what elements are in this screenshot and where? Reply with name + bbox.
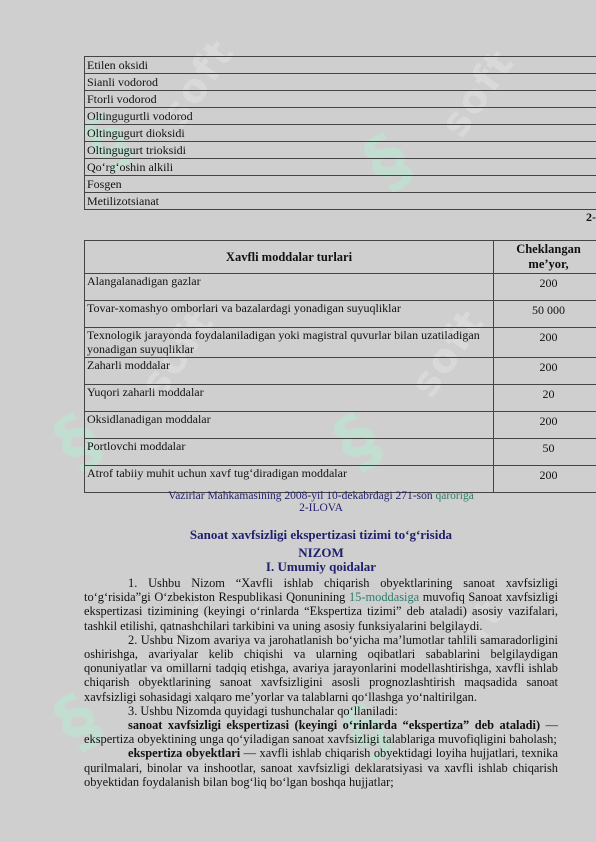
substance-name: Fosgen bbox=[85, 176, 596, 193]
resolution-link[interactable]: qaroriga bbox=[435, 490, 473, 502]
substance-name: Ftorli vodorod bbox=[85, 91, 596, 108]
definition-expertise: sanoat xavfsizligi ekspertizasi (keyingi… bbox=[84, 718, 558, 746]
table-row: Oltingugurt dioksidi bbox=[85, 125, 596, 142]
limit-value: 200 bbox=[494, 466, 596, 493]
substance-name: Etilen oksidi bbox=[85, 57, 596, 74]
paragraph-2: 2. Ushbu Nizom avariya va jarohatlanish … bbox=[84, 633, 558, 704]
table-row: Sianli vodorod bbox=[85, 74, 596, 91]
table-row: Fosgen bbox=[85, 176, 596, 193]
term-expertise: sanoat xavfsizligi ekspertizasi (keyingi… bbox=[128, 718, 540, 732]
table-row: Ftorli vodorod bbox=[85, 91, 596, 108]
limit-value: 200 bbox=[494, 358, 596, 385]
substance-name: Oltingugurt dioksidi bbox=[85, 125, 596, 142]
substance-type: Portlovchi moddalar bbox=[85, 439, 494, 466]
table-row: Oltingugurt trioksidi bbox=[85, 142, 596, 159]
table-row: Zaharli moddalar200 bbox=[85, 358, 596, 385]
substance-name: Metilizotsianat bbox=[85, 193, 596, 210]
substance-type: Alangalanadigan gazlar bbox=[85, 274, 494, 301]
limit-value: 20 bbox=[494, 385, 596, 412]
article-link[interactable]: 15-moddasiga bbox=[349, 590, 419, 604]
substance-name: Qo‘rg‘oshin alkili bbox=[85, 159, 596, 176]
table-row: Qo‘rg‘oshin alkili bbox=[85, 159, 596, 176]
table-row: Tovar-xomashyo omborlari va bazalardagi … bbox=[85, 301, 596, 328]
table-row: Oksidlanadigan moddalar200 bbox=[85, 412, 596, 439]
substance-type: Tovar-xomashyo omborlari va bazalardagi … bbox=[85, 301, 494, 328]
substance-type: Yuqori zaharli moddalar bbox=[85, 385, 494, 412]
chapter-title: I. Umumiy qoidalar bbox=[84, 560, 558, 574]
table-row: Metilizotsianat bbox=[85, 193, 596, 210]
table-row: Atrof tabiiy muhit uchun xavf tug‘diradi… bbox=[85, 466, 596, 493]
substance-name: Oltingugurtli vodorod bbox=[85, 108, 596, 125]
heading-nizom: NIZOM bbox=[84, 546, 558, 560]
toxic-substances-table: Etilen oksidiSianli vodorodFtorli vodoro… bbox=[84, 56, 596, 210]
resolution-reference: Vazirlar Mahkamasining 2008-yil 10-dekab… bbox=[84, 490, 558, 514]
limit-value: 50 000 bbox=[494, 301, 596, 328]
document-title: Sanoat xavfsizligi ekspertizasi tizimi t… bbox=[84, 527, 558, 543]
limit-value: 200 bbox=[494, 328, 596, 358]
limit-value: 200 bbox=[494, 412, 596, 439]
substance-type: Atrof tabiiy muhit uchun xavf tug‘diradi… bbox=[85, 466, 494, 493]
paragraph-1: 1. Ushbu Nizom “Xavfli ishlab chiqarish … bbox=[84, 576, 558, 633]
substance-type: Zaharli moddalar bbox=[85, 358, 494, 385]
limit-value: 50 bbox=[494, 439, 596, 466]
substance-name: Oltingugurt trioksidi bbox=[85, 142, 596, 159]
table-row: Yuqori zaharli moddalar20 bbox=[85, 385, 596, 412]
table-row: Etilen oksidi bbox=[85, 57, 596, 74]
document-page: § soft § soft § soft § soft § soft § sof… bbox=[0, 0, 596, 842]
section-marker: 2- bbox=[586, 210, 596, 225]
document-body: 1. Ushbu Nizom “Xavfli ishlab chiqarish … bbox=[84, 576, 558, 789]
substance-type: Texnologik jarayonda foydalaniladigan yo… bbox=[85, 328, 494, 358]
term-expertise-objects: ekspertiza obyektlari bbox=[128, 746, 240, 760]
annex-label: 2-ILOVA bbox=[299, 502, 343, 514]
reference-text: Vazirlar Mahkamasining 2008-yil 10-dekab… bbox=[168, 490, 435, 502]
substance-type: Oksidlanadigan moddalar bbox=[85, 412, 494, 439]
limit-value: 200 bbox=[494, 274, 596, 301]
column-header-substance-type: Xavfli moddalar turlari bbox=[85, 241, 494, 274]
paragraph-3: 3. Ushbu Nizomda quyidagi tushunchalar q… bbox=[84, 704, 558, 718]
column-header-limit: Cheklangan me’yor, bbox=[494, 241, 596, 274]
table-row: Portlovchi moddalar50 bbox=[85, 439, 596, 466]
document-heading: NIZOM I. Umumiy qoidalar bbox=[84, 546, 558, 574]
definition-expertise-objects: ekspertiza obyektlari — xavfli ishlab ch… bbox=[84, 746, 558, 789]
table-row: Alangalanadigan gazlar200 bbox=[85, 274, 596, 301]
table-row: Texnologik jarayonda foydalaniladigan yo… bbox=[85, 328, 596, 358]
hazardous-substances-table: Xavfli moddalar turlari Cheklangan me’yo… bbox=[84, 240, 596, 493]
substance-name: Sianli vodorod bbox=[85, 74, 596, 91]
table-row: Oltingugurtli vodorod bbox=[85, 108, 596, 125]
